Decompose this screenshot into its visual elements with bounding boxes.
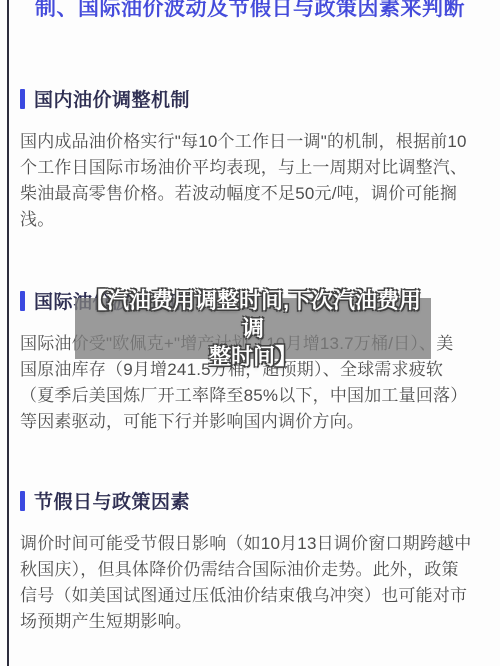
left-border-line <box>7 0 9 666</box>
section-heading: 节假日与政策因素 <box>34 487 190 514</box>
section-paragraph: 调价时间可能受节假日影响（如10月13日调价窗口期跨越中 秋国庆），但具体降价仍… <box>20 531 490 635</box>
section-heading-row: 节假日与政策因素 <box>20 487 490 514</box>
watermark-overlay: 【汽油费用调整时间,下次汽油费用调 整时间】 <box>75 298 431 359</box>
section-holiday-policy-factors: 节假日与政策因素 调价时间可能受节假日影响（如10月13日调价窗口期跨越中 秋国… <box>20 487 490 635</box>
heading-accent-bar <box>20 89 25 109</box>
section-domestic-price-mechanism: 国内油价调整机制 国内成品油价格实行"每10个工作日一调"的机制，根据前10 个… <box>20 85 490 233</box>
heading-accent-bar <box>20 291 25 311</box>
section-heading: 国内油价调整机制 <box>34 85 190 112</box>
section-heading-row: 国内油价调整机制 <box>20 85 490 112</box>
section-paragraph: 国内成品油价格实行"每10个工作日一调"的机制，根据前10 个工作日国际市场油价… <box>20 129 490 233</box>
heading-accent-bar <box>20 491 25 511</box>
article-page: 制、国际油价波动及节假日与政策因素来判断 国内油价调整机制 国内成品油价格实行"… <box>0 0 500 666</box>
page-title-clipped: 制、国际油价波动及节假日与政策因素来判断 <box>0 0 500 22</box>
